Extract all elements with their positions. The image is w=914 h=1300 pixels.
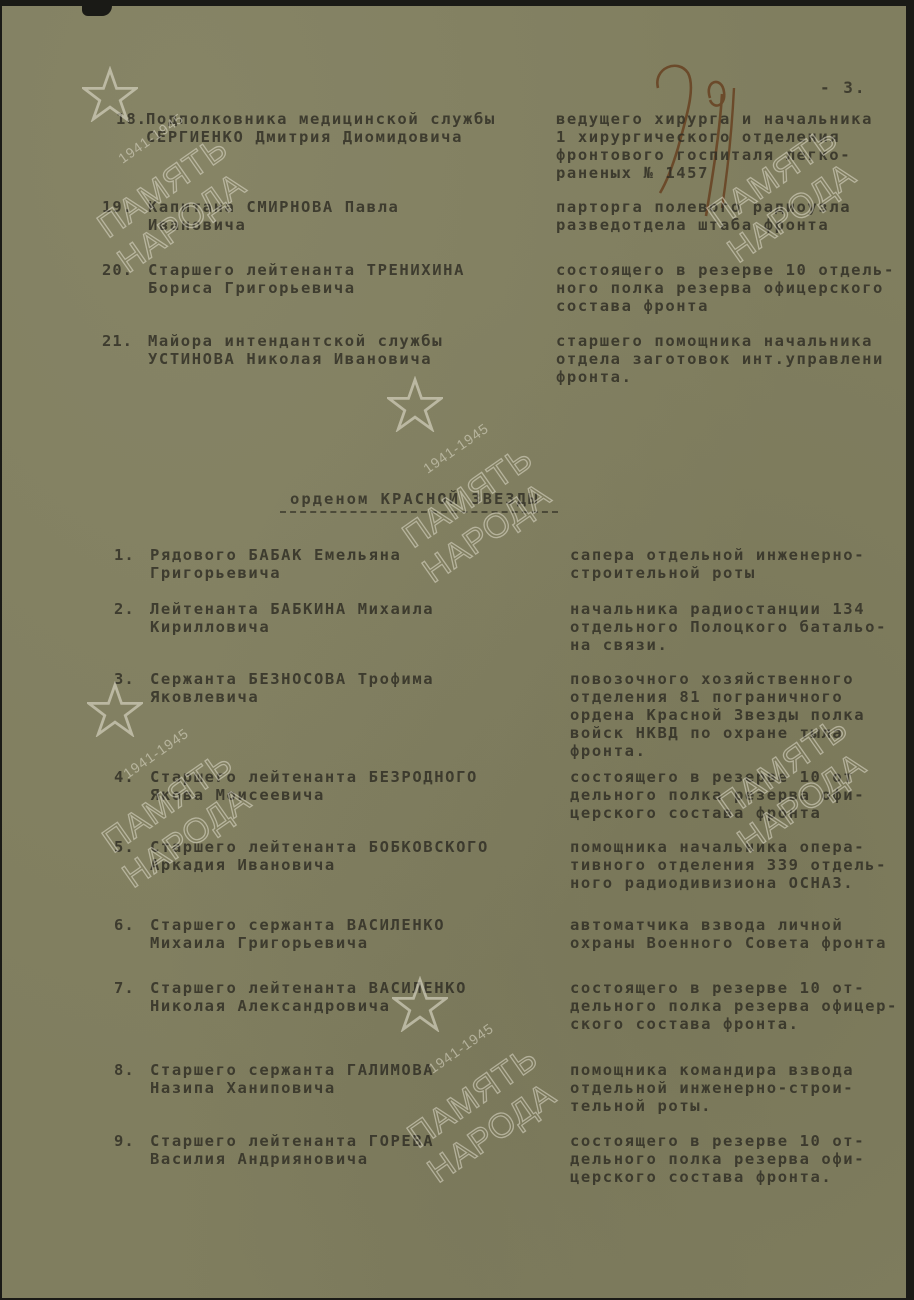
entry-name-line1: Рядового БАБАК Емельяна <box>150 546 401 564</box>
entry-position-line: охраны Военного Совета фронта <box>570 934 887 952</box>
entry-number: 3. <box>114 670 135 688</box>
entry-name-line1: Сержанта БЕЗНОСОВА Трофима <box>150 670 434 688</box>
entry-position-line: разведотдела штаба фронта <box>556 216 829 234</box>
entry-position-line: ордена Красной Звезды полка <box>570 706 865 724</box>
entry-name-line1: Старшего лейтенанта ТРЕНИХИНА <box>148 261 465 279</box>
torn-edge <box>82 6 112 16</box>
heading-underline <box>280 511 558 513</box>
entry-position-line: церского состава фронта. <box>570 1168 832 1186</box>
entry-position-line: фронтового госпиталя легко- <box>556 146 851 164</box>
entry-name-line1: Старшего сержанта ВАСИЛЕНКО <box>150 916 445 934</box>
entry-position-line: сапера отдельной инженерно- <box>570 546 865 564</box>
entry-position-line: дельного полка резерва офицер- <box>570 997 898 1015</box>
entry-name-line2: УСТИНОВА Николая Ивановича <box>148 350 432 368</box>
entry-number: 1. <box>114 546 135 564</box>
entry-number: 7. <box>114 979 135 997</box>
star-icon <box>87 681 143 737</box>
entry-position-line: строительной роты <box>570 564 756 582</box>
entry-name-line1: Лейтенанта БАБКИНА Михаила <box>150 600 434 618</box>
entry-position-line: начальника радиостанции 134 <box>570 600 865 618</box>
entry-position-line: раненых № 1457 <box>556 164 709 182</box>
entry-name-line2: Назипа Ханиповича <box>150 1079 336 1097</box>
entry-position-line: отделения 81 пограничного <box>570 688 843 706</box>
entry-name-line2: Бориса Григорьевича <box>148 279 356 297</box>
entry-position-line: тивного отделения 339 отдель- <box>570 856 887 874</box>
entry-name-line2: Николая Александровича <box>150 997 391 1015</box>
entry-name-line1: Подполковника медицинской службы <box>146 110 496 128</box>
entry-position-line: ного полка резерва офицерского <box>556 279 884 297</box>
page-number: - 3. <box>820 78 867 97</box>
entry-position-line: парторга полевого радиоузла <box>556 198 851 216</box>
entry-position-line: фронта. <box>570 742 647 760</box>
entry-position-line: повозочного хозяйственного <box>570 670 854 688</box>
entry-name-line2: Якова Моисеевича <box>150 786 325 804</box>
entry-number: 9. <box>114 1132 135 1150</box>
document-page: - 3. 18.Подполковника медицинской службы… <box>2 6 910 1298</box>
entry-name-line2: СЕРГИЕНКО Дмитрия Диомидовича <box>146 128 463 146</box>
entry-position-line: ского состава фронта. <box>570 1015 800 1033</box>
entry-number: 18. <box>116 110 147 128</box>
watermark: 1941-1945 ПАМЯТЬ НАРОДА <box>87 681 143 741</box>
entry-position-line: фронта. <box>556 368 633 386</box>
entry-position-line: дельного полка резерва офи- <box>570 1150 865 1168</box>
entry-position-line: состоящего в резерве 10 от <box>570 768 854 786</box>
entry-name-line2: Ивановича <box>148 216 246 234</box>
entry-number: 8. <box>114 1061 135 1079</box>
entry-number: 5. <box>114 838 135 856</box>
entry-name-line1: Старшего лейтенанта ГОРЕВА <box>150 1132 434 1150</box>
entry-number: 21. <box>102 332 133 350</box>
entry-position-line: войск НКВД по охране тыла <box>570 724 843 742</box>
entry-position-line: отдельной инженерно-строи- <box>570 1079 854 1097</box>
entry-name-line1: Майора интендантской службы <box>148 332 443 350</box>
entry-number: 6. <box>114 916 135 934</box>
entry-number: 19. <box>102 198 133 216</box>
entry-name-line1: Старшего лейтенанта БЕЗРОДНОГО <box>150 768 478 786</box>
entry-number: 4. <box>114 768 135 786</box>
entry-position-line: состоящего в резерве 10 от- <box>570 1132 865 1150</box>
entry-name-line2: Кирилловича <box>150 618 270 636</box>
entry-position-line: отдела заготовок инт.управлени <box>556 350 884 368</box>
entry-position-line: помощника командира взвода <box>570 1061 854 1079</box>
entry-position-line: 1 хирургического отделения <box>556 128 840 146</box>
entry-name-line1: Старшего лейтенанта БОБКОВСКОГО <box>150 838 489 856</box>
entry-position-line: на связи. <box>570 636 668 654</box>
watermark: 1941-1945 ПАМЯТЬ НАРОДА <box>387 376 443 436</box>
entry-position-line: ного радиодивизиона ОСНАЗ. <box>570 874 854 892</box>
entry-name-line1: Старшего сержанта ГАЛИМОВА <box>150 1061 434 1079</box>
entry-name-line2: Яковлевича <box>150 688 259 706</box>
entry-name-line2: Василия Андрияновича <box>150 1150 369 1168</box>
entry-number: 2. <box>114 600 135 618</box>
entry-position-line: церского состава фронта <box>570 804 821 822</box>
entry-position-line: помощника начальника опера- <box>570 838 865 856</box>
entry-position-line: состава фронта <box>556 297 709 315</box>
entry-position-line: состоящего в резерве 10 отдель- <box>556 261 895 279</box>
entry-position-line: автоматчика взвода личной <box>570 916 843 934</box>
entry-number: 20. <box>102 261 133 279</box>
page-edge <box>906 6 910 1298</box>
entry-position-line: тельной роты. <box>570 1097 712 1115</box>
entry-name-line2: Аркадия Ивановича <box>150 856 336 874</box>
entry-position-line: старшего помощника начальника <box>556 332 873 350</box>
entry-position-line: состоящего в резерве 10 от- <box>570 979 865 997</box>
entry-position-line: отдельного Полоцкого батальо- <box>570 618 887 636</box>
entry-position-line: ведущего хирурга и начальника <box>556 110 873 128</box>
section-heading: орденом КРАСНОЙ ЗВЕЗДЫ <box>290 490 539 508</box>
entry-name-line2: Григорьевича <box>150 564 281 582</box>
entry-name-line1: Старшего лейтенанта ВАСИЛЕНКО <box>150 979 467 997</box>
entry-name-line2: Михаила Григорьевича <box>150 934 369 952</box>
star-icon <box>387 376 443 432</box>
entry-name-line1: Капитана СМИРНОВА Павла <box>148 198 399 216</box>
entry-position-line: дельного полка резерва офи- <box>570 786 865 804</box>
